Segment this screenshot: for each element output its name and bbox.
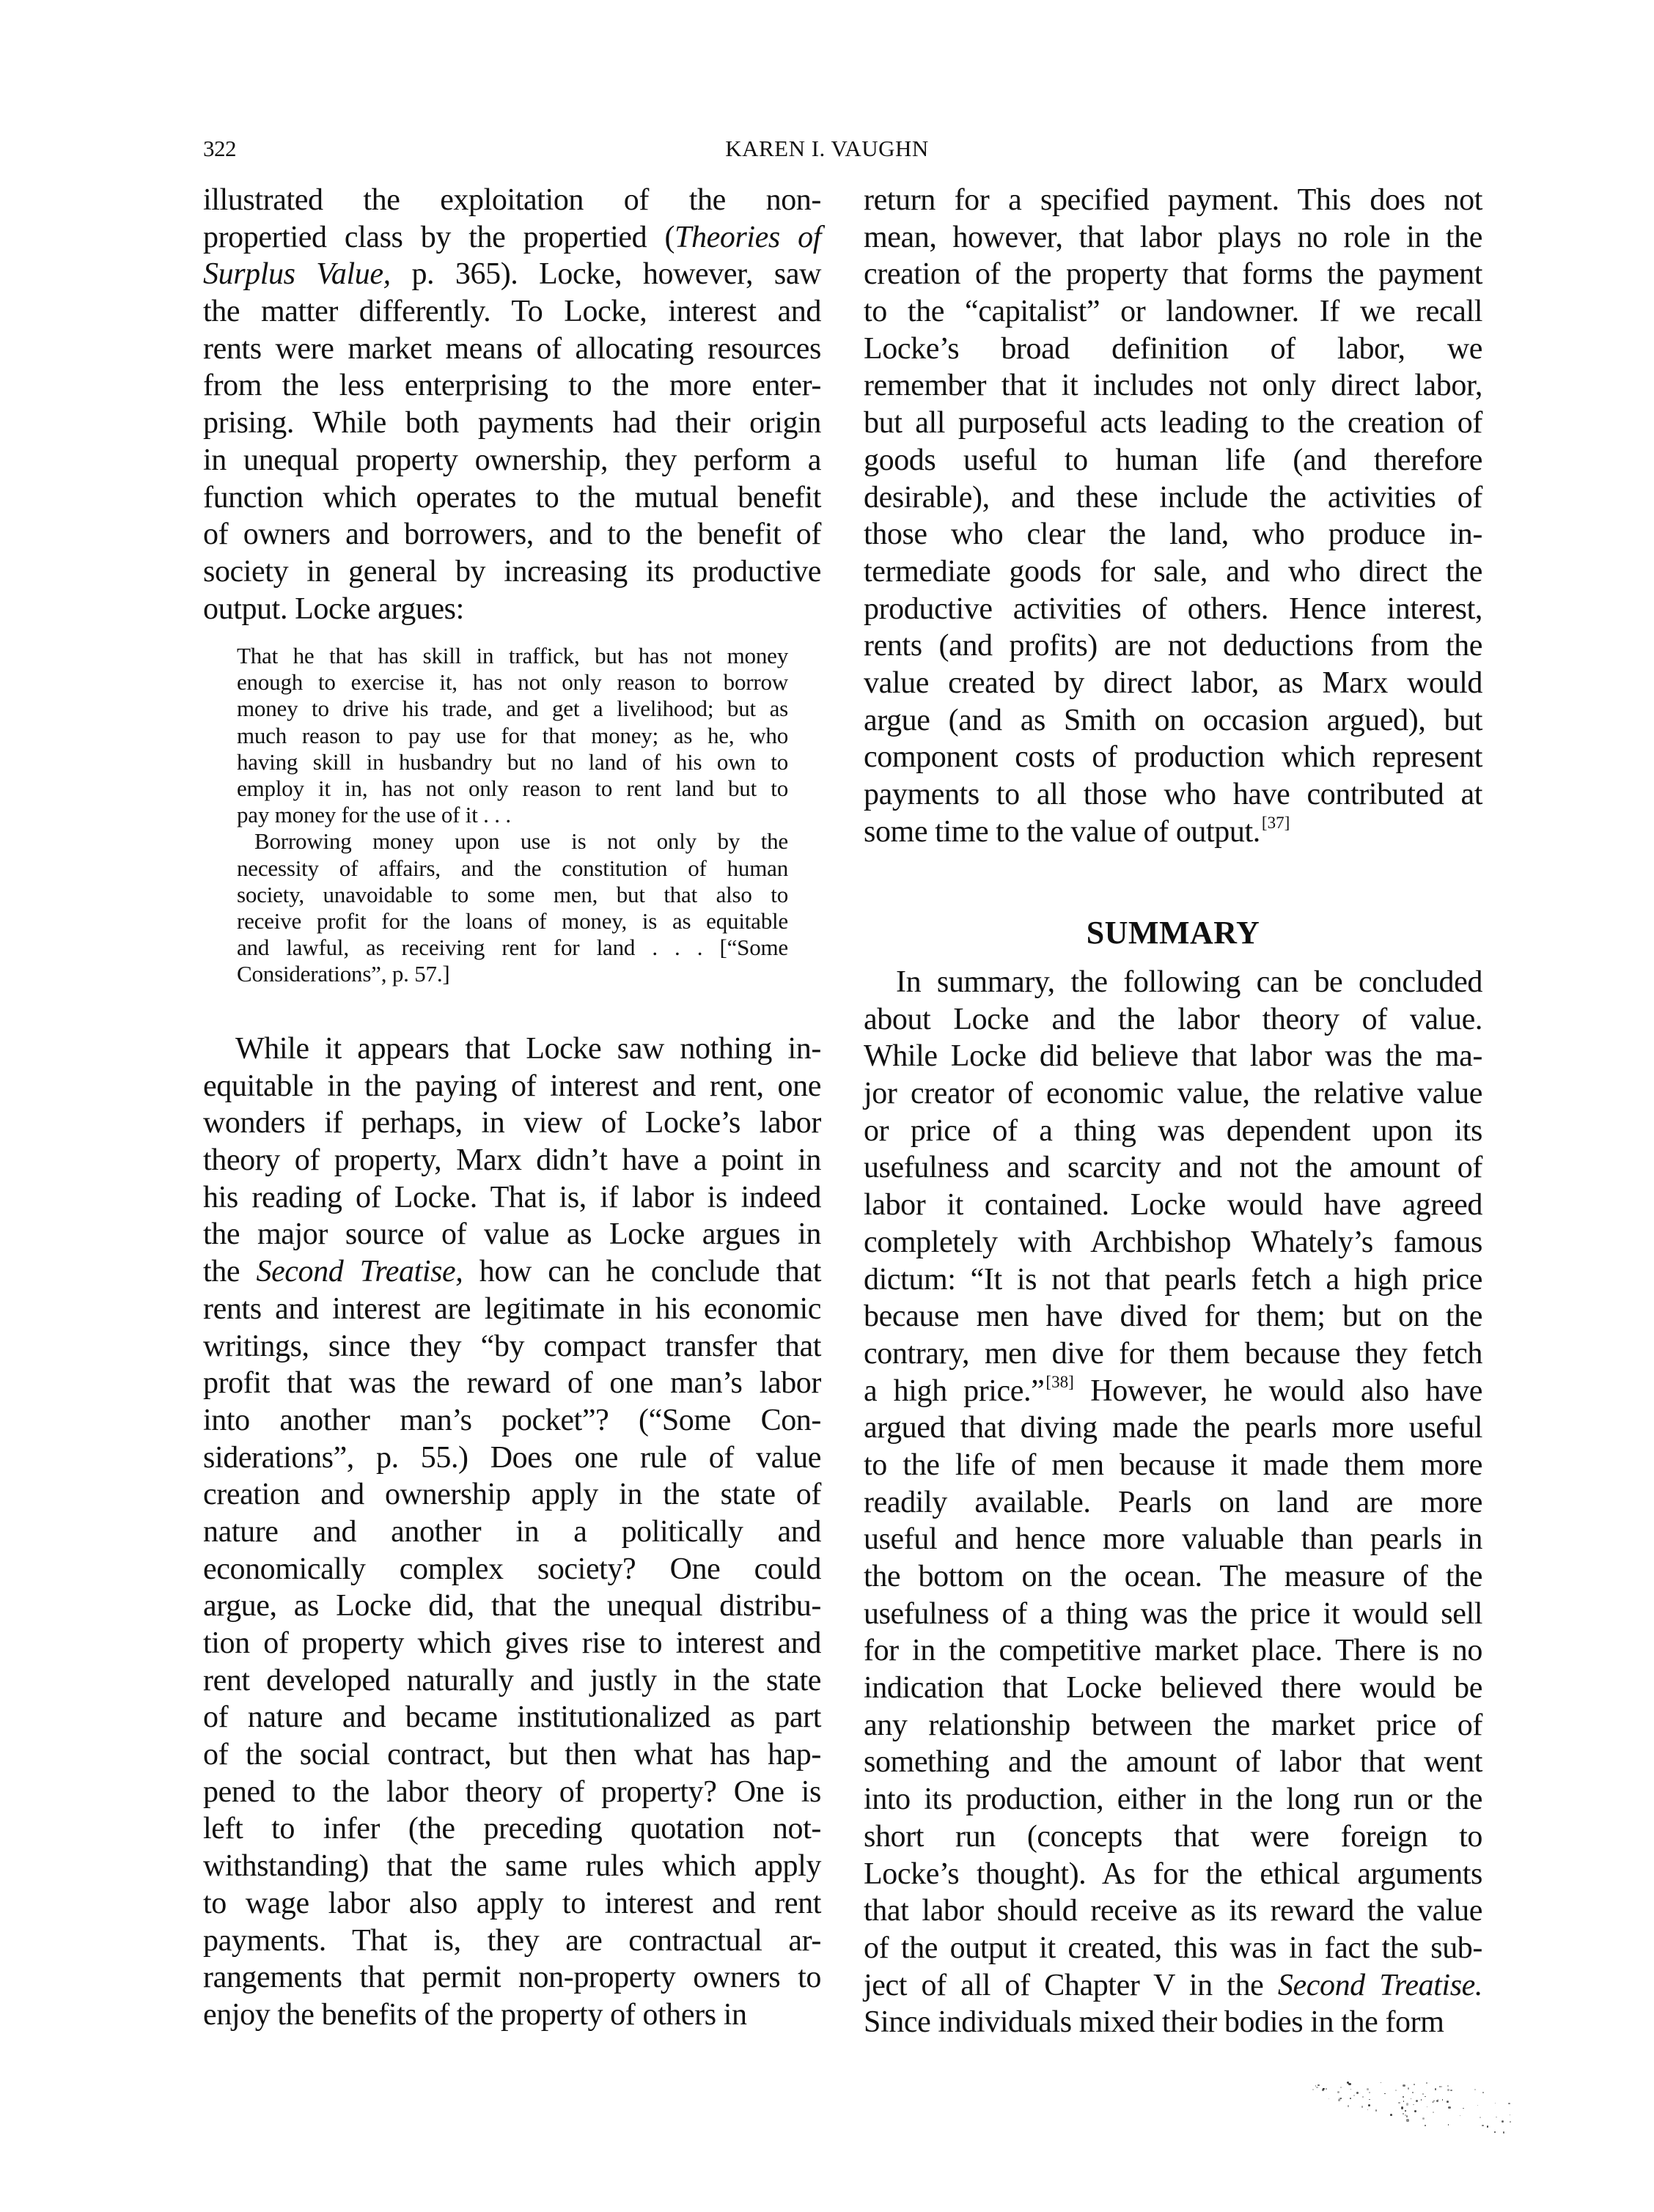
text-segment: productive activities of others. Hence i… [864,592,1482,626]
text-segment: any relationship between the market pric… [864,1708,1482,1742]
text-line: any relationship between the market pric… [864,1707,1482,1744]
text-line: from the less enterprising to the more e… [203,367,821,405]
text-line: return for a specified payment. This doe… [864,182,1482,219]
scan-speck [1323,2088,1324,2090]
text-segment: Considerations”, p. 57.] [237,961,450,987]
text-segment: into its production, either in the long … [864,1782,1482,1816]
scan-speck [1508,2103,1510,2104]
text-line: completely with Archbishop Whately’s fam… [864,1224,1482,1261]
text-line: usefulness of a thing was the price it w… [864,1596,1482,1633]
scan-speck [1414,2110,1416,2112]
text-segment: of nature and became institutionalized a… [203,1700,821,1734]
text-segment: pay money for the use of it . . . [237,802,511,827]
scan-speck [1427,2106,1427,2107]
text-line: because men have dived for them; but on … [864,1298,1482,1335]
text-segment: to the life of men because it made them … [864,1448,1482,1482]
text-segment: those who clear the land, who produce in… [864,517,1482,551]
scan-speck [1312,2089,1314,2090]
text-line: siderations”, p. 55.) Does one rule of v… [203,1439,821,1477]
text-line: a high price.”[38] However, he would als… [864,1373,1482,1410]
scan-speck [1441,2086,1442,2087]
text-line: payments. That is, they are contractual … [203,1922,821,1960]
scan-speck [1405,2110,1406,2112]
text-line: the bottom on the ocean. The measure of … [864,1558,1482,1596]
text-segment: or price of a thing was dependent upon i… [864,1114,1482,1148]
scan-speck [1494,2131,1496,2133]
text-segment: left to infer (the preceding quotation n… [203,1812,821,1846]
scan-speck [1317,2084,1320,2087]
scan-speck [1406,2119,1408,2121]
right-column-paragraph-1: return for a specified payment. This doe… [864,182,1482,850]
scan-speck [1487,2126,1488,2127]
text-segment: value created by direct labor, as Marx w… [864,666,1482,700]
text-segment: tion of property which gives rise to int… [203,1626,821,1660]
scan-speck [1425,2096,1425,2097]
text-segment: component costs of production which repr… [864,740,1482,774]
text-segment: indication that Locke believed there wou… [864,1671,1482,1705]
text-segment: contrary, men dive for them because they… [864,1337,1482,1371]
scan-speck [1421,2099,1422,2100]
text-line: Locke’s broad definition of labor, we [864,331,1482,368]
text-line: termediate goods for sale, and who direc… [864,553,1482,591]
text-line: argue (and as Smith on occasion argued),… [864,702,1482,740]
scan-speck [1403,2101,1404,2101]
scan-speck [1384,2093,1385,2094]
text-line: jor creator of economic value, the relat… [864,1075,1482,1113]
text-segment: labor it contained. Locke would have agr… [864,1188,1482,1222]
text-segment: the matter differently. To Locke, intere… [203,295,821,328]
text-segment: short run (concepts that were foreign to [864,1820,1482,1854]
scan-speck [1482,2125,1483,2126]
text-segment: economically complex society? One could [203,1552,821,1586]
text-segment: creation and ownership apply in the stat… [203,1478,821,1511]
text-line: or price of a thing was dependent upon i… [864,1113,1482,1150]
text-segment: usefulness of a thing was the price it w… [864,1597,1482,1631]
scan-speck [1367,2088,1369,2090]
scan-speck [1433,2101,1433,2102]
text-line: of the social contract, but then what ha… [203,1736,821,1774]
text-segment: remember that it includes not only direc… [864,369,1482,402]
text-segment: theory of property, Marx didn’t have a p… [203,1143,821,1177]
text-segment: Borrowing money upon use is not only by … [254,828,788,854]
text-line: ject of all of Chapter V in the Second T… [864,1967,1482,2005]
text-line: Since individuals mixed their bodies in … [864,2004,1482,2041]
text-line: dictum: “It is not that pearls fetch a h… [864,1261,1482,1299]
scan-speck [1401,2106,1403,2109]
text-segment: the [203,1255,256,1289]
text-line: rangements that permit non-property owne… [203,1959,821,1997]
text-line: That he that has skill in traffick, but … [237,643,788,669]
scan-speck [1350,2089,1351,2090]
text-segment: to wage labor also apply to interest and… [203,1887,821,1920]
scan-speck [1362,2096,1364,2098]
footnote-reference: [37] [1262,813,1290,832]
scan-speck [1474,2089,1475,2090]
text-segment: creation of the property that forms the … [864,257,1482,291]
scan-speck [1510,2121,1511,2123]
scan-speck [1495,2103,1496,2104]
italic-title: Theories of [675,221,821,254]
text-line: the Second Treatise, how can he conclude… [203,1253,821,1291]
text-line: and lawful, as receiving rent for land .… [237,934,788,961]
text-segment: money to drive his trade, and get a live… [237,696,788,721]
text-segment: the bottom on the ocean. The measure of … [864,1560,1482,1593]
text-line: economically complex society? One could [203,1551,821,1588]
text-segment: propertied class by the propertied ( [203,221,675,254]
text-segment: function which operates to the mutual be… [203,481,821,515]
text-segment: payments to all those who have contribut… [864,778,1482,811]
scan-speck [1422,2093,1424,2095]
text-line: value created by direct labor, as Marx w… [864,665,1482,702]
text-line: the matter differently. To Locke, intere… [203,293,821,331]
text-line: much reason to pay use for that money; a… [237,723,788,749]
text-line: rents (and profits) are not deductions f… [864,627,1482,665]
text-line: Surplus Value, p. 365). Locke, however, … [203,256,821,293]
scan-speck [1436,2100,1438,2102]
scan-speck [1361,2106,1363,2107]
text-segment: argue, as Locke did, that the unequal di… [203,1589,821,1623]
scan-speck [1480,2117,1481,2118]
text-line: employ it in, has not only reason to ren… [237,775,788,802]
scan-speck [1414,2084,1415,2085]
italic-title: Second Treatise, [256,1255,463,1289]
text-segment: of owners and borrowers, and to the bene… [203,517,821,551]
text-segment: While it appears that Locke saw nothing … [235,1032,821,1066]
text-line: writings, since they “by compact transfe… [203,1328,821,1365]
scan-speck [1403,2084,1405,2087]
text-segment: enough to exercise it, has not only reas… [237,669,788,695]
right-column-paragraph-2: In summary, the following can be conclud… [864,964,1482,2041]
text-line: mean, however, that labor plays no role … [864,219,1482,257]
text-line: to the “capitalist” or landowner. If we … [864,293,1482,331]
scan-speck [1408,2087,1409,2089]
running-title: KAREN I. VAUGHN [0,136,1654,161]
scan-speck [1426,2082,1427,2084]
text-segment: withstanding) that the same rules which … [203,1849,821,1883]
text-line: rents and interest are legitimate in his… [203,1291,821,1328]
italic-title: Second Treatise. [1278,1969,1482,2002]
text-segment: into another man’s pocket”? (“Some Con- [203,1404,821,1437]
text-line: tion of property which gives rise to int… [203,1625,821,1662]
text-line: Locke’s thought). As for the ethical arg… [864,1856,1482,1893]
text-segment: wonders if perhaps, in view of Locke’s l… [203,1106,821,1140]
scan-speck [1350,2098,1351,2099]
text-segment: However, he would also have [1074,1374,1482,1408]
text-line: While it appears that Locke saw nothing … [203,1031,821,1068]
text-line: rents were market means of allocating re… [203,331,821,368]
text-line: indication that Locke believed there wou… [864,1670,1482,1707]
left-column-paragraph-2: While it appears that Locke saw nothing … [203,1031,821,2034]
text-segment: a high price.” [864,1374,1044,1408]
scan-speck [1353,2095,1355,2096]
scan-speck [1316,2087,1318,2089]
text-line: left to infer (the preceding quotation n… [203,1810,821,1848]
text-line: illustrated the exploitation of the non- [203,182,821,219]
text-segment: prising. While both payments had their o… [203,406,821,440]
text-line: function which operates to the mutual be… [203,479,821,517]
text-segment: termediate goods for sale, and who direc… [864,555,1482,589]
text-line: nature and another in a politically and [203,1514,821,1551]
text-segment: rangements that permit non-property owne… [203,1961,821,1994]
text-segment: While Locke did believe that labor was t… [864,1039,1482,1073]
section-heading-summary: SUMMARY [864,915,1482,951]
left-column-paragraph-1: illustrated the exploitation of the non-… [203,182,821,627]
scan-speck [1375,2109,1377,2111]
scan-speck [1340,2087,1342,2088]
text-line: of the output it created, this was in fa… [864,1930,1482,1967]
text-segment: output. Locke argues: [203,592,464,626]
text-line: to the life of men because it made them … [864,1447,1482,1484]
text-line: useful and hence more valuable than pear… [864,1521,1482,1558]
text-segment: and lawful, as receiving rent for land .… [237,934,788,960]
scan-speck [1425,2125,1427,2127]
scan-speck [1439,2086,1440,2087]
text-line: enjoy the benefits of the property of ot… [203,1997,821,2034]
text-segment: something and the amount of labor that w… [864,1745,1482,1779]
scan-speck [1412,2092,1414,2093]
text-segment: readily available. Pearls on land are mo… [864,1486,1482,1519]
text-line: for in the competitive market place. The… [864,1632,1482,1670]
text-line: into another man’s pocket”? (“Some Con- [203,1402,821,1439]
text-segment: some time to the value of output. [864,815,1260,849]
scan-speck [1447,2089,1449,2091]
text-line: some time to the value of output.[37] [864,814,1482,851]
scan-speck [1433,2112,1434,2113]
text-line: his reading of Locke. That is, if labor … [203,1179,821,1217]
text-line: pened to the labor theory of property? O… [203,1774,821,1811]
text-segment: goods useful to human life (and therefor… [864,443,1482,477]
text-line: prising. While both payments had their o… [203,405,821,442]
scan-speck [1448,2124,1449,2126]
scan-speck [1416,2100,1418,2102]
text-line: productive activities of others. Hence i… [864,591,1482,628]
text-line: payments to all those who have contribut… [864,776,1482,814]
text-segment: profit that was the reward of one man’s … [203,1366,821,1400]
text-segment: In summary, the following can be conclud… [896,965,1482,999]
scan-speck [1448,2106,1450,2109]
text-line: having skill in husbandry but no land of… [237,749,788,775]
text-line: profit that was the reward of one man’s … [203,1365,821,1402]
text-segment: for in the competitive market place. The… [864,1634,1482,1667]
scan-speck [1403,2096,1404,2098]
text-segment: in unequal property ownership, they perf… [203,443,821,477]
text-line: equitable in the paying of interest and … [203,1068,821,1105]
italic-title: Surplus Value, [203,257,391,291]
scan-speck [1482,2092,1484,2093]
scan-speck [1447,2101,1449,2103]
text-line: labor it contained. Locke would have agr… [864,1187,1482,1224]
scan-speck [1390,2114,1392,2116]
text-line: Considerations”, p. 57.] [237,961,788,987]
text-segment: employ it in, has not only reason to ren… [237,775,788,801]
text-segment: That he that has skill in traffick, but … [237,643,788,668]
text-segment: but all purposeful acts leading to the c… [864,406,1482,440]
text-line: about Locke and the labor theory of valu… [864,1001,1482,1039]
scan-speck [1356,2092,1359,2094]
text-segment: Since individuals mixed their bodies in … [864,2005,1444,2039]
scan-speck [1435,2088,1437,2090]
scan-speck [1503,2131,1505,2134]
text-segment: return for a specified payment. This doe… [864,183,1482,217]
text-line: usefulness and scarcity and not the amou… [864,1149,1482,1187]
text-line: remember that it includes not only direc… [864,367,1482,405]
scan-speck [1477,2105,1478,2106]
text-segment: how can he conclude that [463,1255,821,1289]
footnote-reference: [38] [1045,1372,1073,1391]
text-segment: receive profit for the loans of money, i… [237,908,788,934]
text-segment: his reading of Locke. That is, if labor … [203,1181,821,1214]
text-segment: rents (and profits) are not deductions f… [864,629,1482,663]
text-line: argue, as Locke did, that the unequal di… [203,1588,821,1625]
scan-speck [1510,2115,1510,2115]
text-segment: pened to the labor theory of property? O… [203,1775,821,1809]
text-segment: because men have dived for them; but on … [864,1299,1482,1333]
text-line: society, unavoidable to some men, but th… [237,882,788,908]
text-line: short run (concepts that were foreign to [864,1818,1482,1856]
text-segment: dictum: “It is not that pearls fetch a h… [864,1263,1482,1297]
scan-speck [1463,2108,1464,2109]
text-line: to wage labor also apply to interest and… [203,1885,821,1922]
scan-speck [1406,2103,1408,2105]
text-line: contrary, men dive for them because they… [864,1335,1482,1373]
text-line: that labor should receive as its reward … [864,1892,1482,1930]
text-line: of nature and became institutionalized a… [203,1699,821,1736]
scan-speck [1450,2090,1452,2091]
text-segment: p. 365). Locke, however, saw [391,257,821,291]
text-segment: of the output it created, this was in fa… [864,1931,1482,1965]
scan-speck [1447,2085,1449,2087]
text-segment: Locke’s broad definition of labor, we [864,332,1482,366]
scan-speck [1460,2115,1461,2117]
text-line: goods useful to human life (and therefor… [864,442,1482,479]
scan-speck [1367,2109,1368,2110]
text-segment: to the “capitalist” or landowner. If we … [864,295,1482,328]
text-line: argued that diving made the pearls more … [864,1409,1482,1447]
text-segment: society, unavoidable to some men, but th… [237,882,788,907]
text-segment: writings, since they “by compact transfe… [203,1330,821,1363]
text-line: enough to exercise it, has not only reas… [237,669,788,696]
text-segment: desirable), and these include the activi… [864,481,1482,515]
scan-speck [1438,2099,1438,2100]
scan-speck [1337,2091,1339,2093]
text-segment: necessity of affairs, and the constituti… [237,855,788,881]
text-line: pay money for the use of it . . . [237,802,788,828]
text-line: of owners and borrowers, and to the bene… [203,516,821,553]
text-segment: society in general by increasing its pro… [203,555,821,589]
text-segment: completely with Archbishop Whately’s fam… [864,1225,1482,1259]
text-segment: jor creator of economic value, the relat… [864,1077,1482,1110]
text-line: the major source of value as Locke argue… [203,1216,821,1253]
text-line: rent developed naturally and justly in t… [203,1662,821,1700]
scan-speck [1381,2082,1381,2083]
text-segment: Locke’s thought). As for the ethical arg… [864,1857,1482,1891]
text-segment: useful and hence more valuable than pear… [864,1522,1482,1556]
scan-speck [1496,2117,1496,2117]
text-line: propertied class by the propertied (Theo… [203,219,821,257]
text-line: society in general by increasing its pro… [203,553,821,591]
scan-speck [1403,2113,1404,2115]
text-segment: enjoy the benefits of the property of ot… [203,1998,747,2032]
text-segment: much reason to pay use for that money; a… [237,723,788,748]
text-segment: mean, however, that labor plays no role … [864,221,1482,254]
text-line: desirable), and these include the activi… [864,479,1482,517]
scan-speck [1369,2099,1370,2100]
text-segment: about Locke and the labor theory of valu… [864,1003,1482,1036]
scan-speck [1328,2098,1329,2099]
text-line: readily available. Pearls on land are mo… [864,1484,1482,1522]
scan-speck [1369,2092,1370,2093]
text-segment: from the less enterprising to the more e… [203,369,821,402]
text-segment: argue (and as Smith on occasion argued),… [864,704,1482,737]
text-line: those who clear the land, who produce in… [864,516,1482,553]
text-line: necessity of affairs, and the constituti… [237,855,788,882]
text-line: theory of property, Marx didn’t have a p… [203,1142,821,1179]
text-line: creation of the property that forms the … [864,256,1482,293]
text-segment: having skill in husbandry but no land of… [237,749,788,775]
block-quote: That he that has skill in traffick, but … [237,643,788,987]
text-line: In summary, the following can be conclud… [864,964,1482,1001]
text-segment: illustrated the exploitation of the non- [203,183,821,217]
text-line: While Locke did believe that labor was t… [864,1038,1482,1075]
text-line: money to drive his trade, and get a live… [237,696,788,722]
text-segment: that labor should receive as its reward … [864,1894,1482,1928]
text-line: something and the amount of labor that w… [864,1744,1482,1781]
text-segment: siderations”, p. 55.) Does one rule of v… [203,1441,821,1475]
scan-speck [1442,2099,1444,2101]
text-line: Borrowing money upon use is not only by … [237,828,788,855]
text-line: receive profit for the loans of money, i… [237,908,788,934]
scan-speck [1398,2102,1400,2104]
scan-speck [1406,2115,1408,2117]
text-segment: rents and interest are legitimate in his… [203,1292,821,1326]
text-segment: payments. That is, they are contractual … [203,1924,821,1958]
text-line: output. Locke argues: [203,591,821,628]
scan-speck [1411,2098,1411,2099]
scan-speck [1413,2104,1414,2105]
scan-speck [1326,2088,1327,2090]
text-line: creation and ownership apply in the stat… [203,1476,821,1514]
text-segment: equitable in the paying of interest and … [203,1069,821,1103]
text-segment: nature and another in a politically and [203,1515,821,1549]
text-line: wonders if perhaps, in view of Locke’s l… [203,1105,821,1142]
scan-speck [1422,2117,1425,2120]
scan-noise-artifact [1312,2052,1518,2133]
text-segment: the major source of value as Locke argue… [203,1217,821,1251]
scan-speck [1348,2105,1349,2106]
text-line: component costs of production which repr… [864,739,1482,776]
text-line: but all purposeful acts leading to the c… [864,405,1482,442]
text-segment: ject of all of Chapter V in the [864,1969,1278,2002]
text-segment: rents were market means of allocating re… [203,332,821,366]
scan-speck [1433,2101,1435,2102]
text-segment: rent developed naturally and justly in t… [203,1664,821,1697]
text-line: withstanding) that the same rules which … [203,1848,821,1885]
scan-speck [1502,2120,1504,2123]
scan-speck [1368,2104,1370,2106]
text-segment: of the social contract, but then what ha… [203,1738,821,1772]
text-line: in unequal property ownership, they perf… [203,442,821,479]
text-segment: argued that diving made the pearls more … [864,1411,1482,1445]
scan-speck [1395,2090,1397,2091]
text-segment: usefulness and scarcity and not the amou… [864,1151,1482,1184]
text-line: into its production, either in the long … [864,1781,1482,1818]
